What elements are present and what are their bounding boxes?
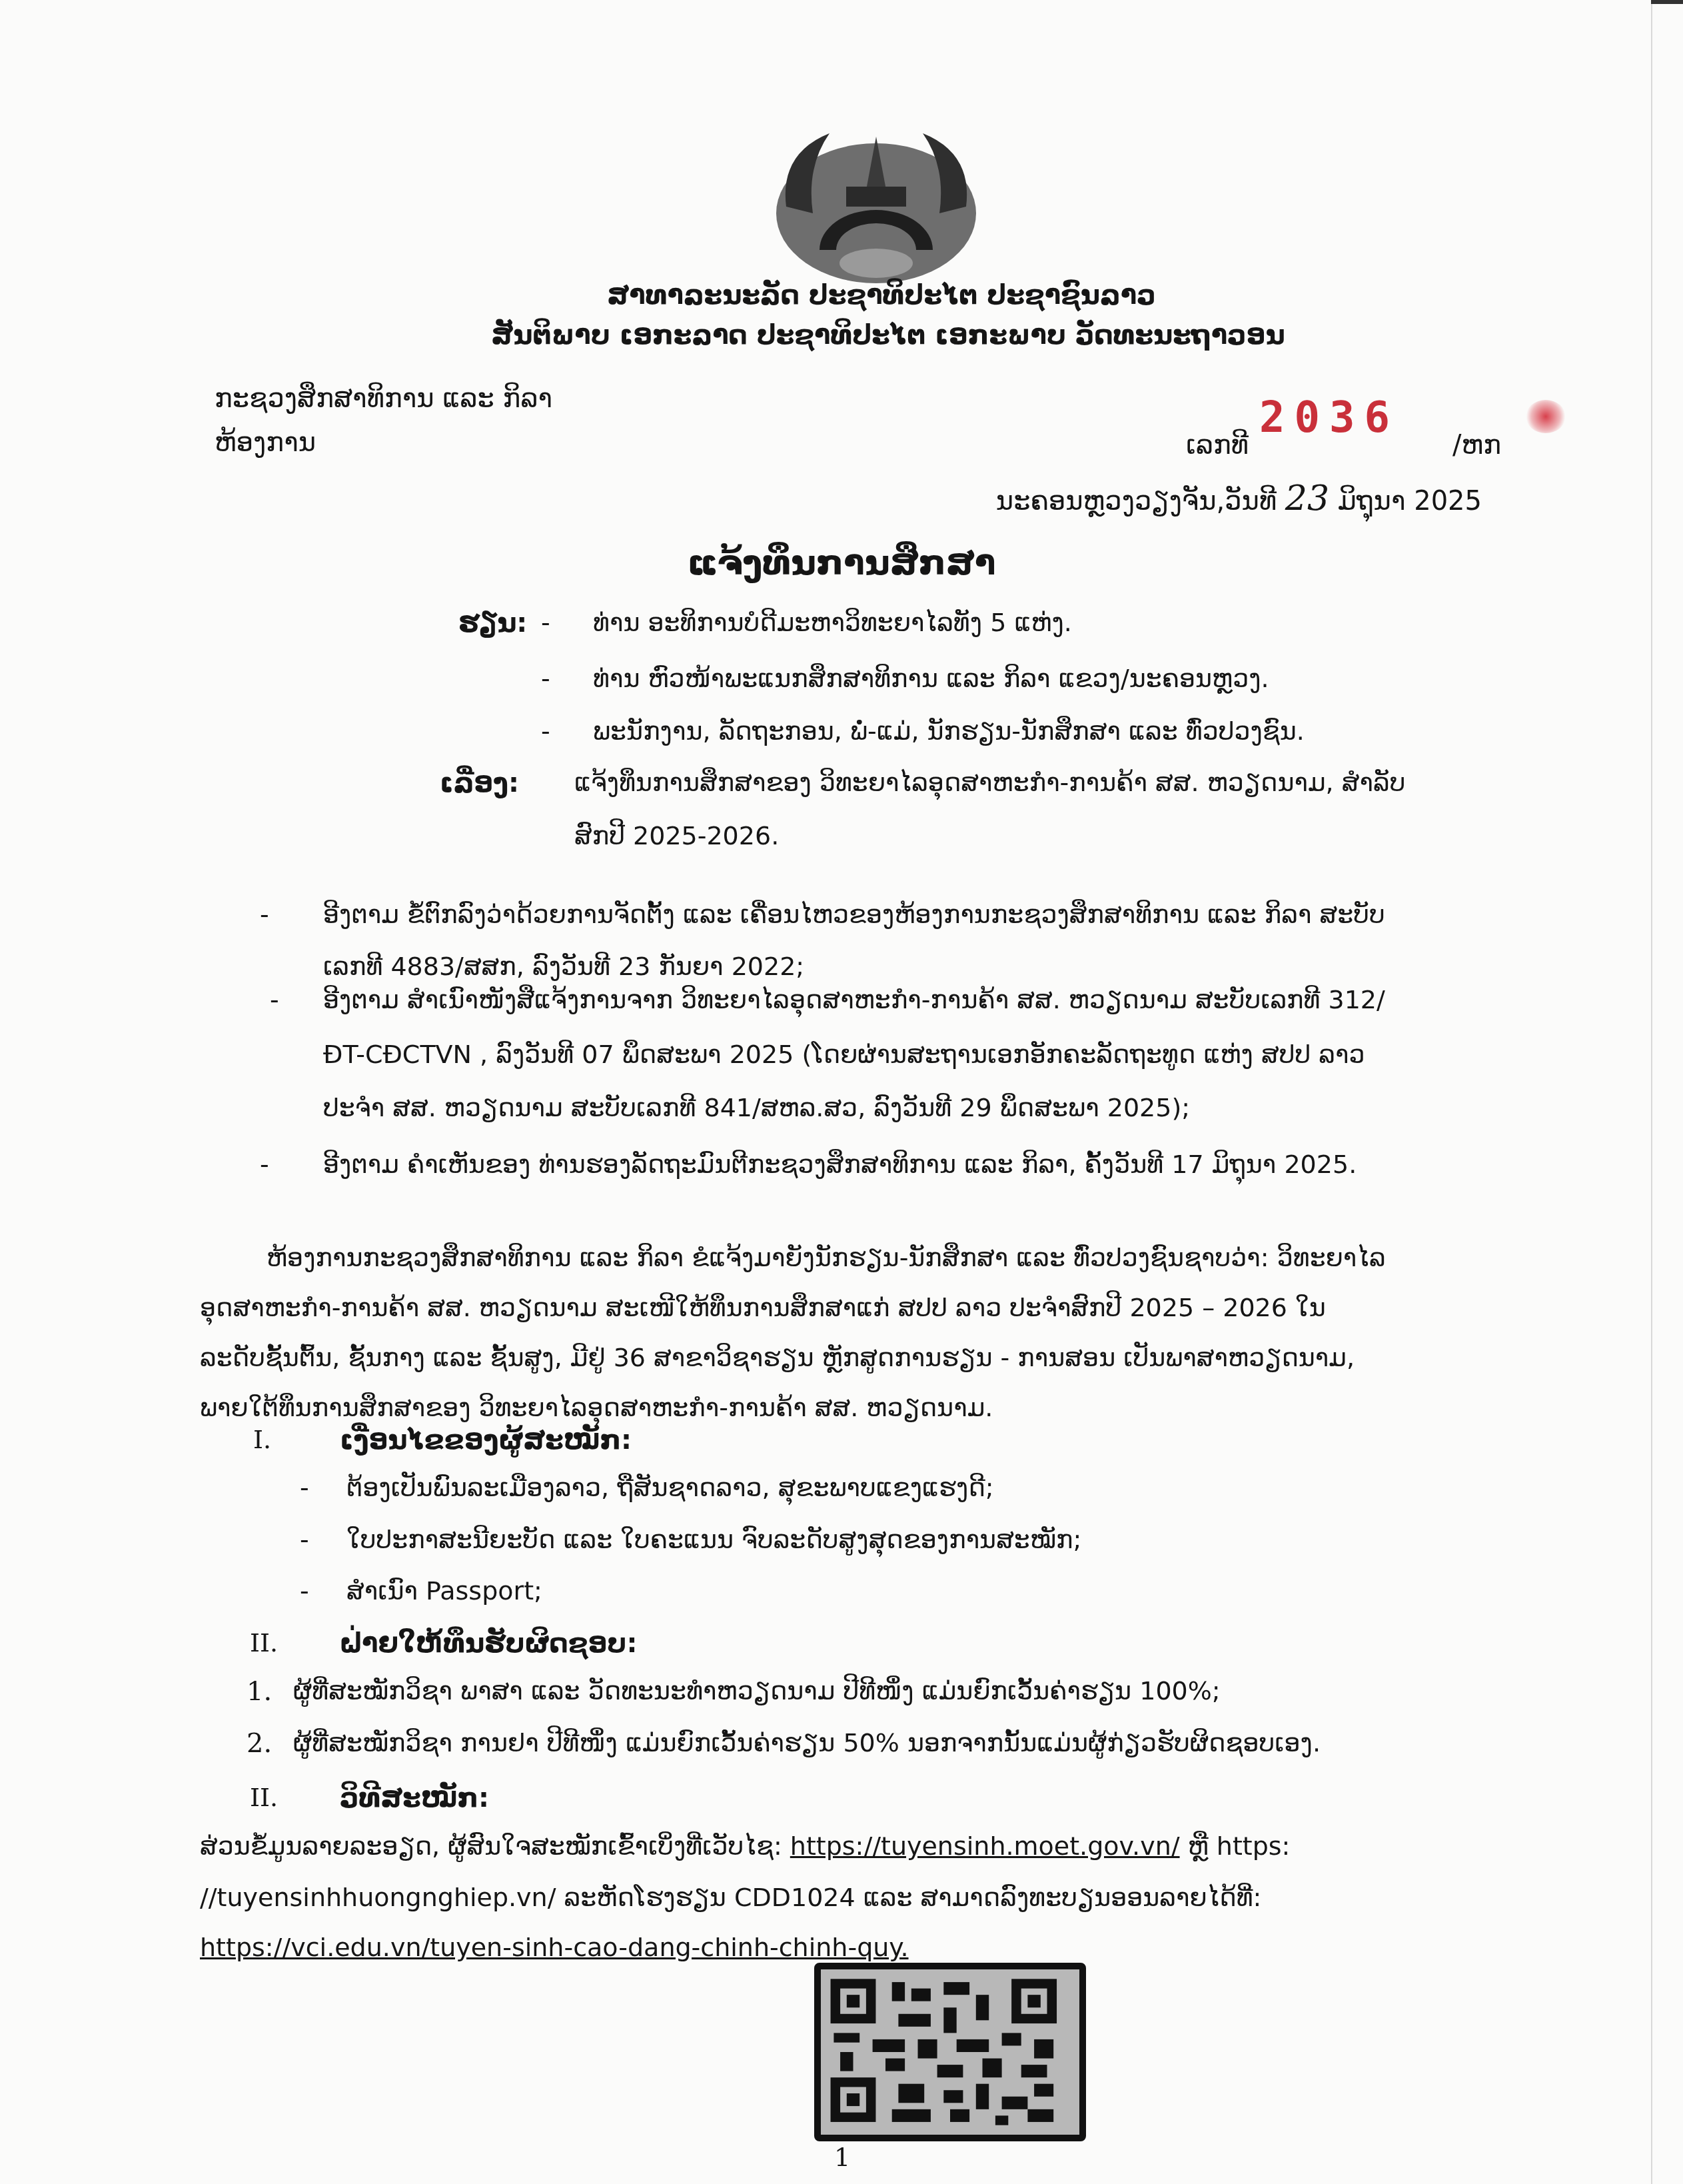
ministry-name: ກະຊວງສຶກສາທິການ ແລະ ກິລາ [215,377,552,421]
reference-line: ອີງຕາມ ຂໍ້ຕົກລົງວ່າດ້ວຍການຈັດຕັ້ງ ແລະ ເຄ… [323,900,1385,929]
reference-dash: - [260,1150,269,1179]
application-line-3: https://vci.edu.vn/tuyen-sinh-cao-dang-c… [200,1933,909,1962]
issuer-block: ກະຊວງສຶກສາທິການ ແລະ ກິລາ ຫ້ອງການ [215,377,552,465]
section-item: ຜູ້ທີ່ສະໝັກວິຊາ ພາສາ ແລະ ວັດທະນະທຳຫວຽດນາ… [293,1676,1221,1705]
moet-link[interactable]: https://tuyensinh.moet.gov.vn/ [790,1831,1180,1861]
recipient-dash: - [541,608,550,637]
body-line: ຫ້ອງການກະຊວງສຶກສາທິການ ແລະ ກິລາ ຂໍແຈ້ງມາ… [267,1243,1386,1272]
vci-link[interactable]: https://vci.edu.vn/tuyen-sinh-cao-dang-c… [200,1933,909,1962]
dateline: ນະຄອນຫຼວງວຽງຈັນ,ວັນທີ 23 ມິຖຸນາ 2025 [996,479,1482,519]
office-name: ຫ້ອງການ [215,421,552,465]
subject-line: ແຈ້ງທຶນການສຶກສາຂອງ ວິທະຍາໄລອຸດສາຫະກຳ-ການ… [574,768,1405,797]
application-text: ສ່ວນຂໍ້ມູນລາຍລະອຽດ, ຜູ້ສົນໃຈສະໝັກເຂົ້າເບ… [200,1831,790,1861]
lao-national-emblem-icon [766,127,986,287]
recipient-item: ທ່ານ ຫົວໜ້າພະແນກສຶກສາທິການ ແລະ ກິລາ ແຂວງ… [593,664,1269,693]
stamp-smudge [1526,400,1566,433]
section-item: ສຳເນົາ Passport; [346,1576,542,1606]
reference-dash: - [260,900,269,929]
section-item: ຕ້ອງເປັນພົນລະເມືອງລາວ, ຖືສັນຊາດລາວ, ສຸຂະ… [346,1473,994,1502]
application-line-1: ສ່ວນຂໍ້ມູນລາຍລະອຽດ, ຜູ້ສົນໃຈສະໝັກເຂົ້າເບ… [200,1831,1290,1861]
recipient-item: ພະນັກງານ, ລັດຖະກອນ, ພໍ່-ແມ່, ນັກຮຽນ-ນັກສ… [593,716,1305,746]
section-numeral: II. [250,1628,278,1657]
recipients-label: ຮຽນ: [458,608,527,638]
reference-line: ປະຈຳ ສສ. ຫວຽດນາມ ສະບັບເລກທີ 841/ສຫລ.ສວ, … [323,1093,1190,1122]
section-title: ຝ່າຍໃຫ້ທຶນຮັບຜິດຊອບ: [340,1628,637,1659]
bullet-dash: - [300,1525,309,1554]
bullet-dash: - [300,1576,309,1606]
reference-line: ອີງຕາມ ສຳເນົາໜັງສືແຈ້ງການຈາກ ວິທະຍາໄລອຸດ… [323,985,1385,1014]
qr-code-icon[interactable] [814,1963,1086,2141]
recipient-item: ທ່ານ ອະທິການບໍດີມະຫາວິທະຍາໄລທັງ 5 ແຫ່ງ. [593,608,1072,637]
subject-label: ເລື່ອງ: [440,768,519,798]
scan-edge-mark [1651,0,1683,4]
document-title: ແຈ້ງທຶນການສຶກສາ [0,543,1683,583]
motto-line: ສັນຕິພາບ ເອກະລາດ ປະຊາທິປະໄຕ ເອກະພາບ ວັດທ… [47,320,1683,351]
subject-line: ສົກປີ 2025-2026. [574,821,779,850]
reference-line: ĐT-CĐCTVN , ລົງວັນທີ 07 ພຶດສະພາ 2025 (ໂດ… [323,1040,1365,1069]
bullet-dash: - [300,1473,309,1502]
application-line-2: //tuyensinhhuongnghiep.vn/ ລະຫັດໂຮງຮຽນ C… [200,1883,1261,1912]
section-title: ວິທີສະໝັກ: [340,1783,489,1813]
country-name-line: ສາທາລະນະລັດ ປະຊາທິປະໄຕ ປະຊາຊົນລາວ [40,280,1683,311]
recipient-dash: - [541,716,550,746]
section-item: ຜູ້ທີ່ສະໝັກວິຊາ ການຢາ ປີທີໜຶ່ງ ແມ່ນຍົກເວ… [293,1728,1321,1757]
document-number: ເລກທີ /ຫກ [1186,430,1249,461]
dateline-day: 23 [1285,479,1329,519]
page-number: 1 [834,2143,850,2172]
document-number-stamp: 2036 [1259,393,1399,443]
item-number: 1. [247,1676,272,1707]
item-number: 2. [247,1728,272,1759]
section-numeral: II. [250,1783,278,1812]
recipient-dash: - [541,664,550,693]
section-item: ໃບປະກາສະນີຍະບັດ ແລະ ໃບຄະແນນ ຈົບລະດັບສູງສ… [346,1525,1081,1554]
reference-dash: - [270,985,279,1014]
dateline-prefix: ນະຄອນຫຼວງວຽງຈັນ,ວັນທີ [996,486,1277,517]
document-number-suffix: /ຫກ [1452,430,1501,461]
section-title: ເງື່ອນໄຂຂອງຜູ້ສະໝັກ: [340,1425,632,1456]
section-numeral: I. [253,1425,271,1454]
dateline-month-year: ມິຖຸນາ 2025 [1338,486,1482,517]
reference-line: ອີງຕາມ ຄຳເຫັນຂອງ ທ່ານຮອງລັດຖະມົນຕີກະຊວງສ… [323,1150,1357,1179]
body-line: ພາຍໃຕ້ທຶນການສຶກສາຂອງ ວິທະຍາໄລອຸດສາຫະກຳ-ກ… [200,1393,993,1422]
document-number-label: ເລກທີ [1186,430,1249,461]
application-text: ຫຼື https: [1180,1831,1291,1861]
reference-line: ເລກທີ 4883/ສສກ, ລົງວັນທີ 23 ກັນຍາ 2022; [323,952,804,981]
body-line: ອຸດສາຫະກຳ-ການຄ້າ ສສ. ຫວຽດນາມ ສະເໜີໃຫ້ທຶນ… [200,1293,1326,1322]
body-line: ລະດັບຊັ້ນຕົ້ນ, ຊັ້ນກາງ ແລະ ຊັ້ນສູງ, ມີຢູ… [200,1343,1355,1372]
